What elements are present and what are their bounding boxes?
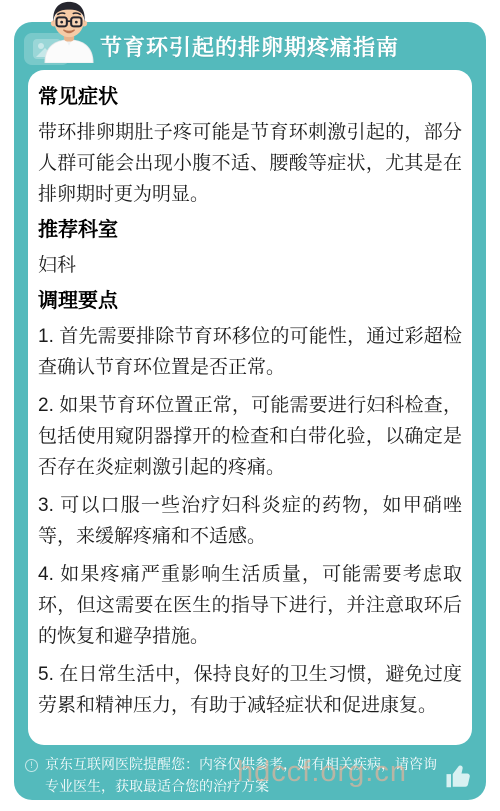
page-title: 节育环引起的排卵期疼痛指南 — [100, 31, 399, 62]
care-point-1: 1. 首先需要排除节育环移位的可能性，通过彩超检查确认节育环位置是否正常。 — [38, 321, 462, 383]
guide-panel: 节育环引起的排卵期疼痛指南 常见症状 带环排卵期肚子疼可能是节育环刺激引起的，部… — [14, 22, 486, 800]
doctor-avatar — [34, 1, 104, 63]
thumbs-up-glyph — [444, 761, 474, 791]
care-point-5: 5. 在日常生活中，保持良好的卫生习惯，避免过度劳累和精神压力，有助于减轻症状和… — [38, 659, 462, 721]
department-value: 妇科 — [38, 250, 462, 281]
thumbs-up-icon[interactable] — [444, 761, 474, 791]
section-heading-care-points: 调理要点 — [38, 288, 462, 314]
care-point-2: 2. 如果节育环位置正常，可能需要进行妇科检查，包括使用窥阴器撑开的检查和白带化… — [38, 390, 462, 483]
section-heading-department: 推荐科室 — [38, 217, 462, 243]
info-icon: ! — [25, 759, 38, 772]
symptoms-paragraph: 带环排卵期肚子疼可能是节育环刺激引起的，部分人群可能会出现小腹不适、腰酸等症状，… — [38, 117, 462, 210]
content-card: 常见症状 带环排卵期肚子疼可能是节育环刺激引起的，部分人群可能会出现小腹不适、腰… — [28, 70, 472, 745]
section-heading-symptoms: 常见症状 — [38, 84, 462, 110]
care-point-3: 3. 可以口服一些治疗妇科炎症的药物，如甲硝唑等，来缓解疼痛和不适感。 — [38, 490, 462, 552]
care-point-4: 4. 如果疼痛严重影响生活质量，可能需要考虑取环，但这需要在医生的指导下进行，并… — [38, 559, 462, 652]
doctor-avatar-glyph — [34, 1, 104, 63]
health-guide-page: 节育环引起的排卵期疼痛指南 常见症状 带环排卵期肚子疼可能是节育环刺激引起的，部… — [0, 0, 500, 811]
watermark: hdccf.org.cn — [237, 756, 407, 789]
